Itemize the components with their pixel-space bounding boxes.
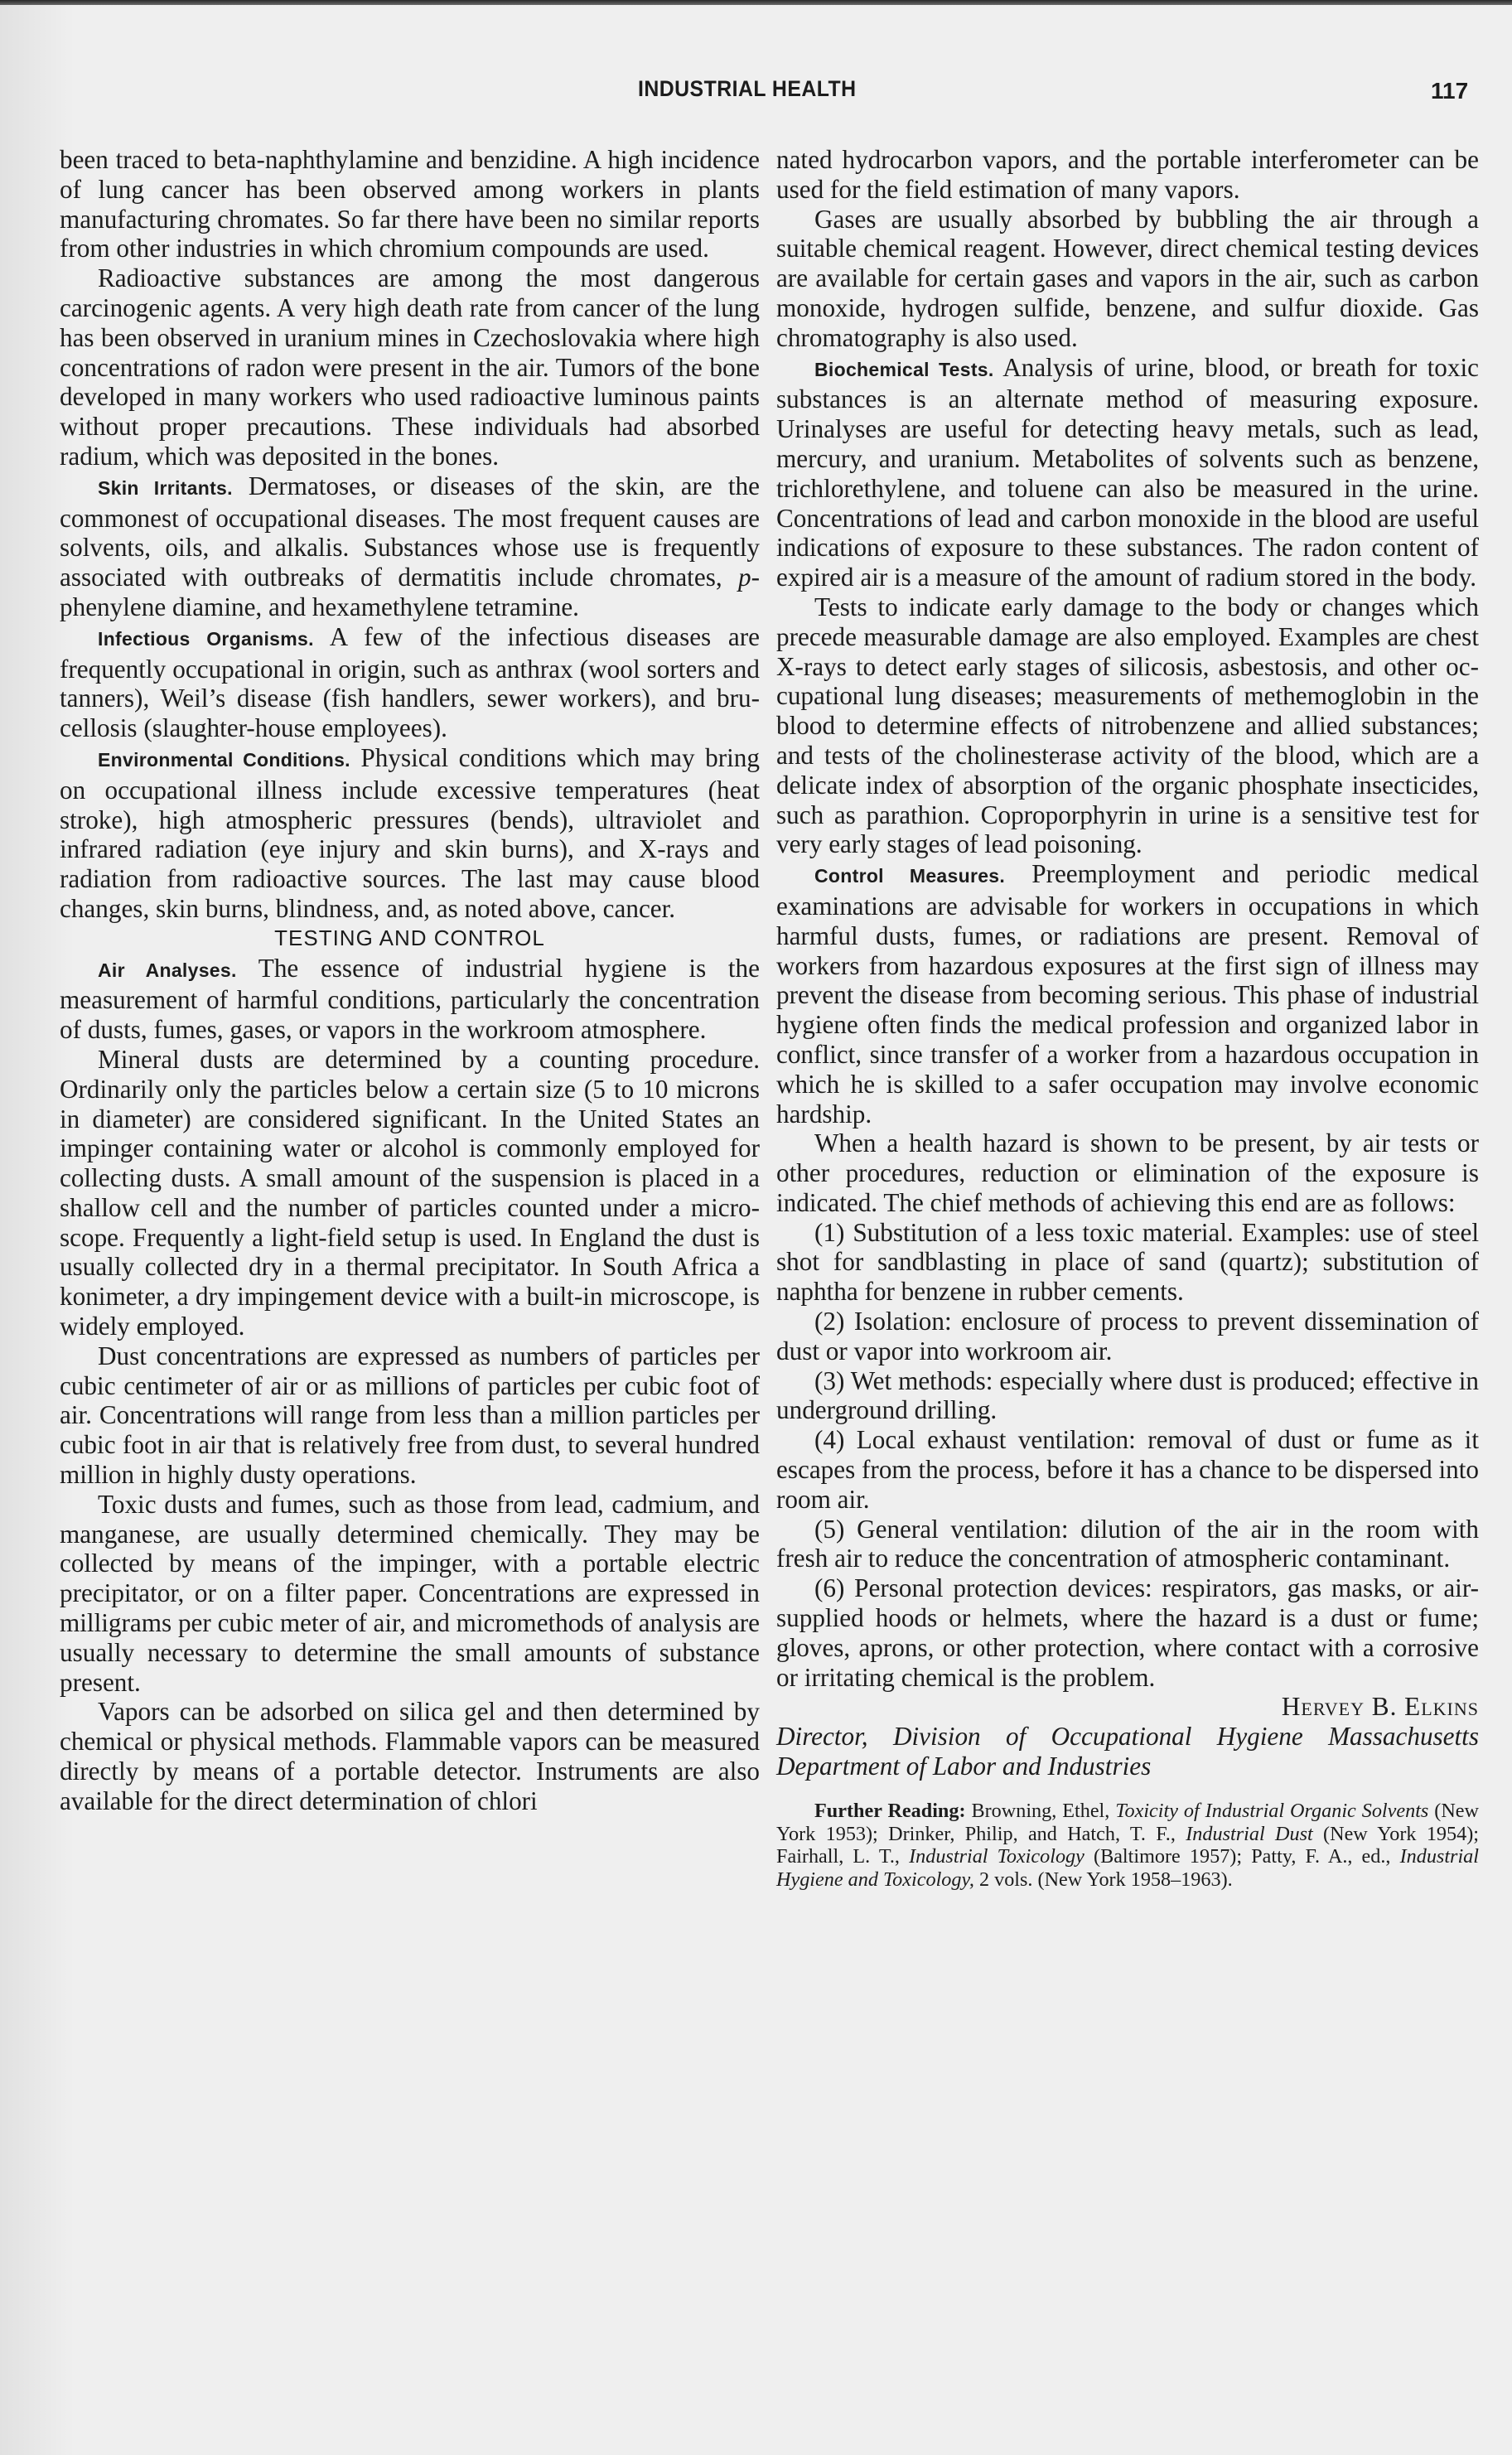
method-item-wet-methods: (3) Wet methods: especially where dust i… xyxy=(776,1366,1479,1426)
reference-title: Industrial Toxicology xyxy=(909,1845,1084,1868)
page-number: 117 xyxy=(1431,78,1468,104)
method-item-isolation: (2) Isolation: enclosure of process to p… xyxy=(776,1307,1479,1366)
author-signature: Hervey B. Elkins xyxy=(776,1692,1479,1722)
paragraph-infectious-organisms: Infectious Organisms. A few of the infec… xyxy=(60,622,760,743)
paragraph-control-measures: Control Measures. Preemployment and pe­r… xyxy=(776,859,1479,1128)
running-header: INDUSTRIAL HEALTH 117 xyxy=(0,76,1512,109)
runin-heading-environmental-conditions: Environmental Conditions. xyxy=(98,749,350,771)
paragraph-air-analyses: Air Analyses. The essence of industrial … xyxy=(60,954,760,1045)
paragraph-vapors: Vapors can be adsorbed on silica gel and… xyxy=(60,1697,760,1815)
paragraph-gases: Gases are usually absorbed by bubbling t… xyxy=(776,205,1479,353)
runin-heading-infectious-organisms: Infectious Organisms. xyxy=(98,628,314,650)
paragraph-environmental-conditions: Environmental Conditions. Physical condi… xyxy=(60,743,760,924)
reference-title: Industrial Dust xyxy=(1186,1823,1312,1845)
paragraph-mineral-dusts: Mineral dusts are determined by a counti… xyxy=(60,1045,760,1341)
paragraph-health-hazard: When a health hazard is shown to be pres… xyxy=(776,1128,1479,1217)
further-reading: Further Reading: Browning, Ethel, Toxici… xyxy=(776,1800,1479,1892)
scan-top-edge xyxy=(0,0,1512,5)
method-item-local-exhaust: (4) Local exhaust ventilation: removal o… xyxy=(776,1425,1479,1514)
paragraph-toxic-dusts: Toxic dusts and fumes, such as those fro… xyxy=(60,1490,760,1698)
runin-heading-skin-irritants: Skin Irritants. xyxy=(98,477,233,499)
right-column: nated hydrocarbon vapors, and the portab… xyxy=(776,145,1479,1892)
method-item-general-ventilation: (5) General ventilation: dilution of the… xyxy=(776,1515,1479,1574)
paragraph-early-damage-tests: Tests to indicate early damage to the bo… xyxy=(776,592,1479,859)
method-item-personal-protection: (6) Personal protection devices: respira… xyxy=(776,1573,1479,1692)
runin-heading-biochemical-tests: Biochemical Tests. xyxy=(814,359,994,380)
reference-title: Toxicity of In­dustrial Organic Solvents xyxy=(1115,1800,1428,1822)
paragraph-carcinogens-continued: been traced to beta-naphthylamine and be… xyxy=(60,145,760,263)
paragraph-skin-irritants: Skin Irritants. Dermatoses, or diseases … xyxy=(60,471,760,622)
author-affiliation: Director, Division of Occupational Hygie… xyxy=(776,1722,1479,1781)
method-item-substitution: (1) Substitution of a less toxic materia… xyxy=(776,1218,1479,1307)
paragraph-biochemical-tests: Biochemical Tests. Analysis of urine, bl… xyxy=(776,353,1479,592)
left-column: been traced to beta-naphthylamine and be… xyxy=(60,145,760,1816)
section-heading-testing-and-control: TESTING AND CONTROL xyxy=(60,924,760,954)
runin-heading-control-measures: Control Measures. xyxy=(814,865,1005,887)
paragraph-vapors-continued: nated hydrocarbon vapors, and the portab… xyxy=(776,145,1479,205)
runin-heading-air-analyses: Air Analyses. xyxy=(98,959,237,981)
running-title: INDUSTRIAL HEALTH xyxy=(638,76,857,102)
further-reading-label: Further Reading: xyxy=(814,1800,966,1822)
paragraph-dust-concentrations: Dust concentrations are expressed as num… xyxy=(60,1341,760,1490)
paragraph-radioactive: Radioactive substances are among the mos… xyxy=(60,263,760,471)
